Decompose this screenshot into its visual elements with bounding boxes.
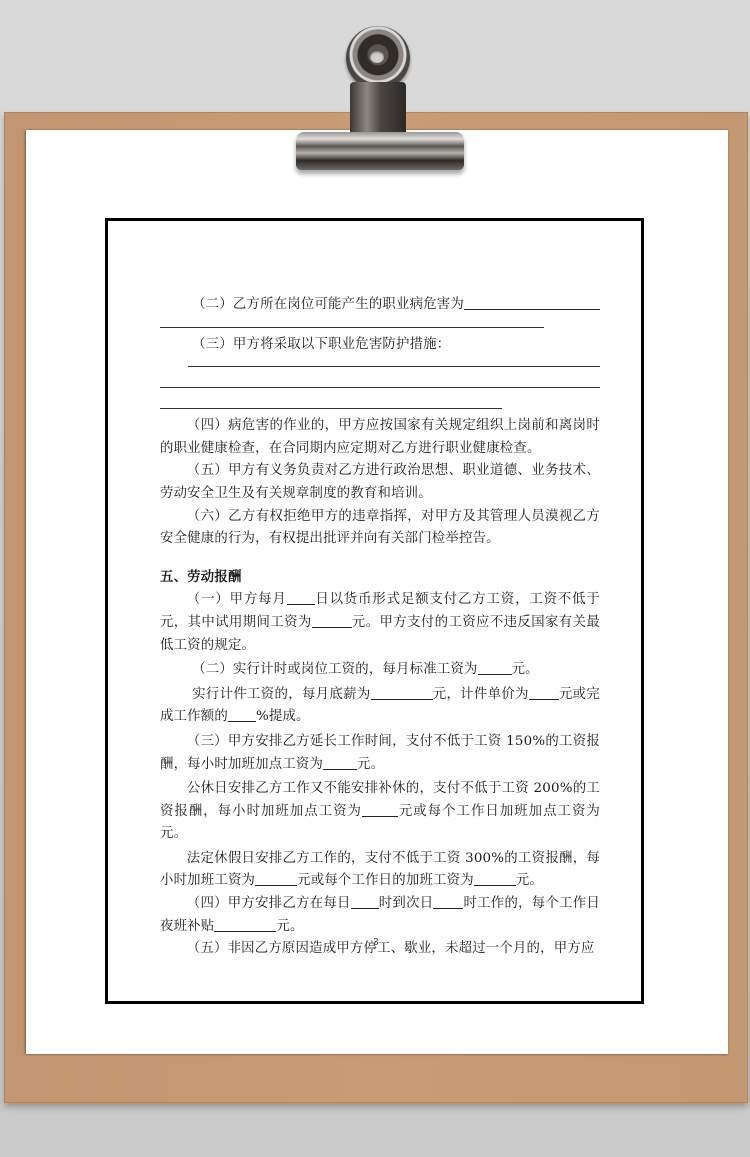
text: %提成。 [256,709,310,724]
text: 元。 [512,662,539,677]
blank-field[interactable] [474,872,516,886]
clause-refuse-orders: （六）乙方有权拒绝甲方的违章指挥，对甲方及其管理人员漠视乙方安全健康的行为，有权… [160,506,600,551]
clause-overtime: （三）甲方安排乙方延长工作时间，支付不低于工资 150%的工资报酬，每小时加班加… [160,731,600,776]
clause-text: （三）甲方将采取以下职业危害防护措施： [192,337,450,352]
blank-field[interactable] [287,591,315,605]
binder-clip-icon [296,24,464,174]
clause-occupational-hazard: （二）乙方所在岗位可能产生的职业病危害为 [160,294,600,317]
clause-work-stoppage: （五）非因乙方原因造成甲方停工、歇业，未超过一个月的，甲方应 [160,938,600,961]
clause-salary-payment: （一）甲方每月日以货币形式足额支付乙方工资，工资不低于元，其中试用期间工资为元。… [160,589,600,657]
text: 元或每个工作日的加班工资为 [297,873,474,888]
blank-line[interactable] [188,366,600,367]
blank-line[interactable] [160,327,544,328]
page-number: 3 [373,938,379,948]
blank-field[interactable] [228,708,256,722]
blank-field[interactable] [433,895,463,909]
document-body: （二）乙方所在岗位可能产生的职业病危害为 （三）甲方将采取以下职业危害防护措施：… [160,294,600,961]
text: 实行计件工资的，每月底薪为 [192,687,370,702]
section-heading-compensation: 五、劳动报酬 [160,567,600,590]
blank-field[interactable] [371,686,433,700]
text: （二）实行计时或岗位工资的，每月标准工资为 [192,662,477,677]
text: （四）甲方安排乙方在每日 [187,896,351,911]
blank-field[interactable] [255,872,297,886]
text: 元。 [276,919,303,934]
blank-field[interactable] [351,895,379,909]
text: 元。 [516,873,543,888]
clip-hole [370,51,384,63]
text: （五）非因乙方原因造成甲方停工、歇业，未超过一个月的，甲方应 [187,941,595,956]
blank-line[interactable] [160,387,600,388]
clause-health-check: （四）病危害的作业的，甲方应按国家有关规定组织上岗前和离岗时的职业健康检查，在合… [160,415,600,460]
clause-night-shift: （四）甲方安排乙方在每日时到次日时工作的，每个工作日夜班补贴元。 [160,893,600,938]
text: 元。 [357,757,384,772]
text: （一）甲方每月 [187,592,287,607]
clause-piece-wage: 实行计件工资的，每月底薪为元，计件单价为元或完成工作额的%提成。 [160,684,600,729]
blank-field[interactable] [323,756,357,770]
clause-protection-measures: （三）甲方将采取以下职业危害防护措施： [160,334,600,357]
clause-hourly-wage: （二）实行计时或岗位工资的，每月标准工资为元。 [160,659,600,682]
blank-field[interactable] [362,803,398,817]
clause-text: （二）乙方所在岗位可能产生的职业病危害为 [192,297,464,312]
blank-line[interactable] [160,408,502,409]
clause-training: （五）甲方有义务负责对乙方进行政治思想、职业道德、业务技术、劳动安全卫生及有关规… [160,460,600,505]
blank-field[interactable] [464,296,600,310]
blank-field[interactable] [214,918,276,932]
blank-field[interactable] [312,614,352,628]
blank-field[interactable] [529,686,559,700]
clip-plate [296,132,464,170]
clause-holiday: 法定休假日安排乙方工作的，支付不低于工资 300%的工资报酬，每小时加班工资为元… [160,848,600,893]
clause-rest-day: 公休日安排乙方工作又不能安排补休的，支付不低于工资 200%的工资报酬，每小时加… [160,778,600,846]
blank-field[interactable] [478,661,512,675]
text: 元，计件单价为 [433,687,529,702]
text: 时到次日 [379,896,434,911]
